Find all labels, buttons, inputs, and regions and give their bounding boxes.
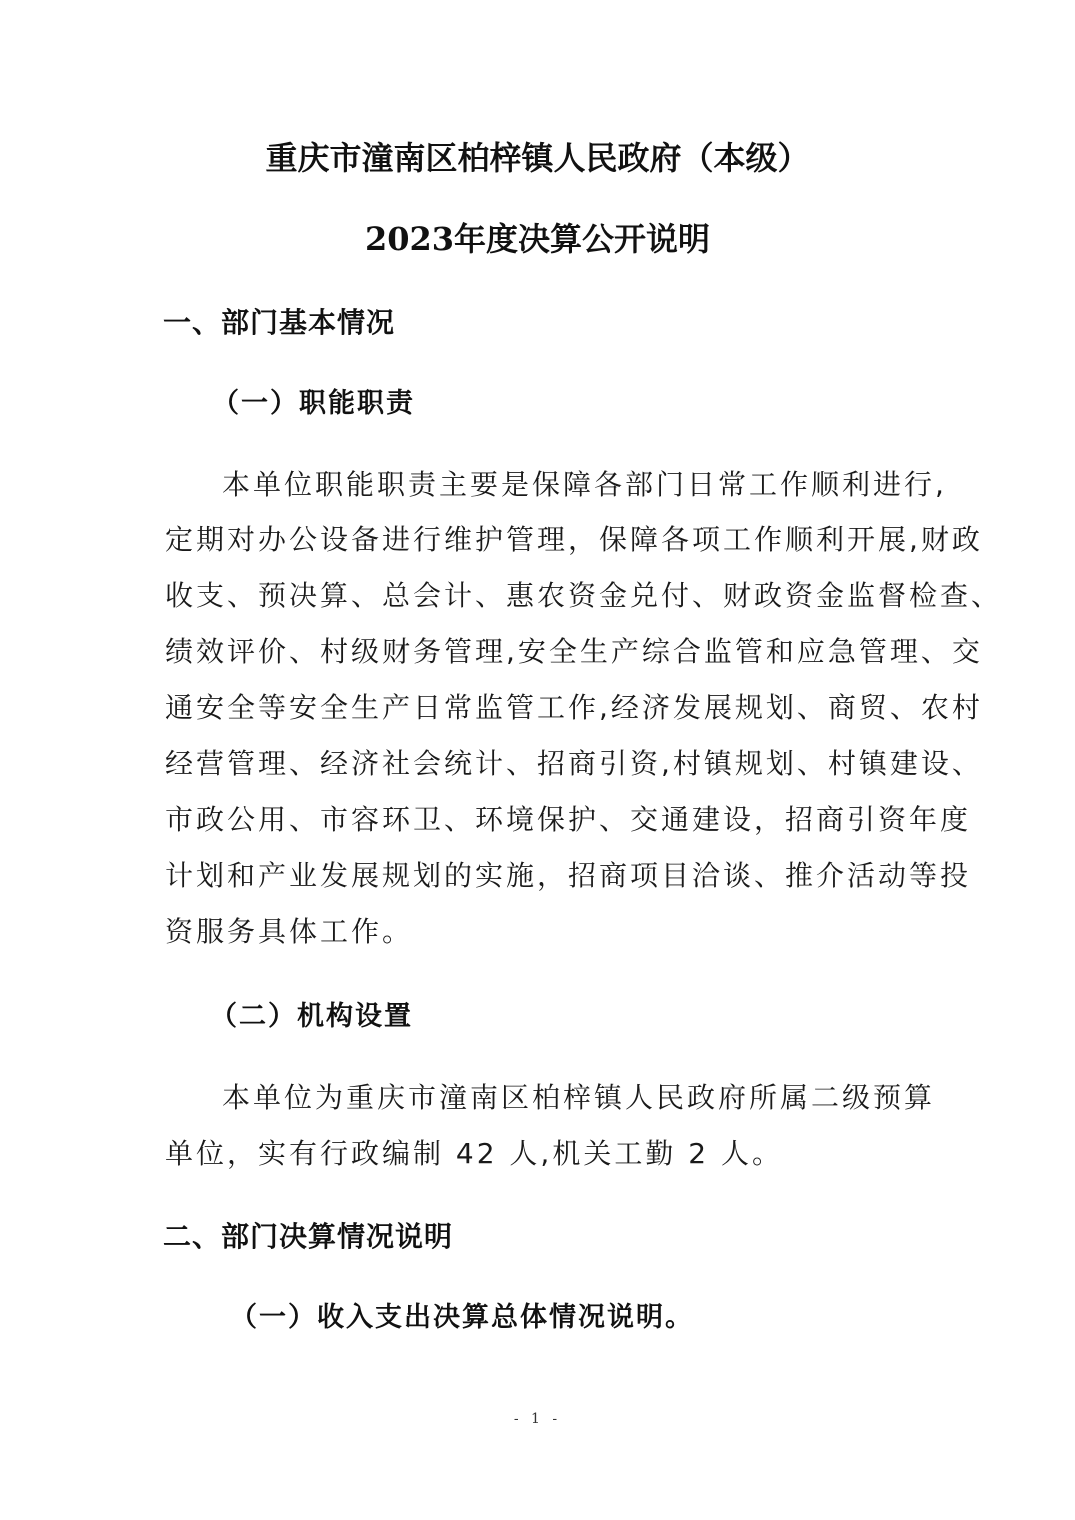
section-heading-final-accounts: 二、部门决算情况说明 xyxy=(163,1219,453,1255)
paragraph-line: 计划和产业发展规划的实施，招商项目洽谈、推介活动等投 xyxy=(165,858,971,894)
page-number: - 1 - xyxy=(0,1410,1075,1428)
paragraph-line: 通安全等安全生产日常监管工作,经济发展规划、商贸、农村 xyxy=(165,690,983,726)
paragraph-line: 经营管理、经济社会统计、招商引资,村镇规划、村镇建设、 xyxy=(165,746,983,782)
document-title-line-1: 重庆市潼南区柏梓镇人民政府（本级） xyxy=(0,138,1075,178)
paragraph-line: 市政公用、市容环卫、环境保护、交通建设，招商引资年度 xyxy=(165,802,971,838)
subsection-heading-income-expenditure: （一）收入支出决算总体情况说明。 xyxy=(230,1300,694,1336)
paragraph-line: 绩效评价、村级财务管理,安全生产综合监管和应急管理、交 xyxy=(165,634,983,670)
section-heading-basic-info: 一、部门基本情况 xyxy=(163,305,395,341)
document-title-line-2: 2023年度决算公开说明 xyxy=(0,219,1075,259)
paragraph-line: 本单位职能职责主要是保障各部门日常工作顺利进行, xyxy=(222,467,947,503)
subsection-heading-organization: （二）机构设置 xyxy=(210,999,413,1035)
document-page: 重庆市潼南区柏梓镇人民政府（本级） 2023年度决算公开说明 一、部门基本情况 … xyxy=(0,0,1075,1520)
paragraph-line: 收支、预决算、总会计、惠农资金兑付、财政资金监督检查、 xyxy=(165,578,1002,614)
subsection-heading-responsibilities: （一）职能职责 xyxy=(212,386,415,422)
paragraph-line: 资服务具体工作。 xyxy=(165,914,413,950)
paragraph-line: 定期对办公设备进行维护管理，保障各项工作顺利开展,财政 xyxy=(165,522,983,558)
paragraph-line: 本单位为重庆市潼南区柏梓镇人民政府所属二级预算 xyxy=(222,1080,935,1116)
paragraph-line: 单位，实有行政编制 42 人,机关工勤 2 人。 xyxy=(165,1136,783,1172)
